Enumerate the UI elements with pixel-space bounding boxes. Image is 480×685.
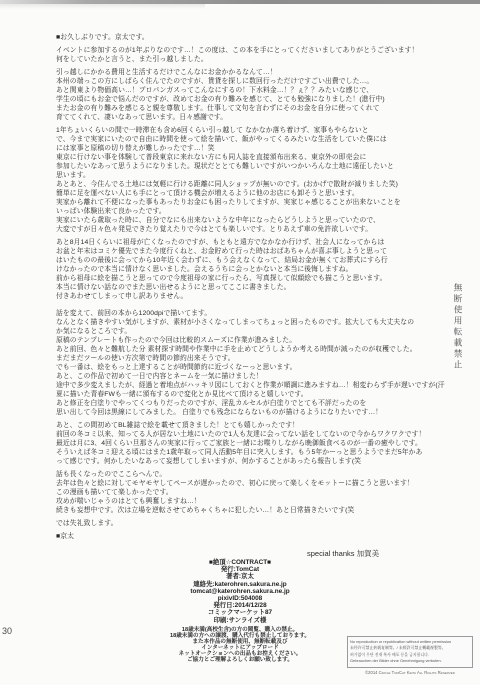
text-line: イベントに参加するのが1年ぶりなのです…！この度は、この本を手にとってくださいま…	[56, 46, 448, 55]
text-line: 1年ちょいくらいの間で一時滞在も含め6回くらい引っ越して なかなか落ち着けず、家…	[56, 126, 448, 135]
text-line: あとあと、今住んでる土地には気軽に行ける距離に同人ショップが無いのです。(おかげ…	[56, 180, 448, 189]
text-line: Gebrauchen der Bilder ohne Genehmigung v…	[350, 658, 470, 664]
text-line: 本州の端っこの方にしばらく住んでたのですが、賃貸を探しに数回行っただけですごい出…	[56, 77, 448, 86]
page-number: 30	[2, 626, 12, 636]
text-line: あと、この作品で初めて一日で内容とネームを一気に描けました！	[56, 372, 448, 381]
text-line: 最近は月に3、4回くらい旦那さんの実家に行ってご家族と一緒にお喋りしながら晩御飯…	[56, 439, 448, 448]
text-line: またお金の有り難みを感じると親を尊敬します。仕事して文句を言わずにそのお金を自分…	[56, 104, 448, 113]
text-line: あと修正を白塗りでやってくつもりだったのですが、淫乱カルセルが白塗りでとても不評…	[56, 399, 448, 408]
text-line: 本当に情けない話なのでまた思い出せるようにと思ってここに書きました。	[56, 283, 448, 292]
text-line: ■京太	[56, 532, 448, 541]
text-line: あと、この間初めてBL雑誌で絵を載せて頂きました！とても嬉しかったです！	[56, 421, 448, 430]
text-line: ■お久しぶりです。京太です。	[56, 33, 448, 42]
text-line: この漫画も描いてて楽しかったです。	[56, 488, 448, 497]
text-line: か気になるところです。	[56, 327, 448, 336]
text-line: 実家から離れて不便になった事もあったりお金にも困ったりしてますが、実家じゃ感じる…	[56, 198, 448, 207]
text-line: 途中で多少変えましたが、経過と着地点がハッキリ図にしておくと作業が順調に進みます…	[56, 381, 448, 390]
text-line: いっぱい体験出来て良かったです。	[56, 207, 448, 216]
text-line: コミックマーケット87	[0, 609, 480, 616]
text-line: 前から祖母に絵を描こうと思ってので今度祖母の家に行ったら、写真探して似顔絵でも描…	[56, 274, 448, 283]
text-line: 話を変えて、前回の本から1200dpiで描いてます。	[56, 309, 448, 318]
text-line: あと前回、色々と難航した分 素材探す時間や作業中に手を止めてどうしようか考える時…	[56, 345, 448, 354]
text-line: はいたものの最後に会ってから10年近く会わずに、もう会えなくなって、結局お金が無…	[56, 256, 448, 265]
special-thanks-credit: special thanks 加賀美	[307, 548, 379, 559]
text-line: 印刷:サンライズ様	[0, 617, 480, 624]
text-line: 簡単に足を運べない人にも手にとって頂ける機会が増えるように他のお店にも卸そうと思…	[56, 189, 448, 198]
vertical-no-reproduction-notice: 無断使用転載禁止	[452, 283, 464, 371]
scan-edge-artifact-left	[0, 4, 205, 9]
text-line: 参加したいなあって思うようになりました。現状だととても難しいですがいつかいろんな…	[56, 162, 448, 171]
text-line: 攻めが喘いじゃうのはとても興奮しますね…！	[56, 497, 448, 506]
text-line: では失礼致します。	[56, 519, 448, 528]
text-line: 続きも妄想中です。次は立場を逆転させてめちゃくちゃに犯したい…！あと日常描きたい…	[56, 506, 448, 515]
text-line: 話も長くなったのでここらへんで。	[56, 470, 448, 479]
text-line: 東京に行けない事を体験して普段東京に来れない方にも同人誌を直接頒布出来る、東京外…	[56, 153, 448, 162]
text-line: けなかったので本当に情けなく思いました。会えるうちに会っとかないと本当に後悔しま…	[56, 265, 448, 274]
text-line: 著者:京太	[0, 573, 480, 580]
text-line: 付きあわせてしまって申し訳ありません。	[56, 292, 448, 301]
text-line: 学生の頃にもお金で悩んだのですが、改めてお金の有り難みを感じて、とても勉強になり…	[56, 95, 448, 104]
text-line: 何をしていたかと言うと、また引っ越しました。	[56, 55, 448, 64]
copyright-line: ©2014 Circle TomCat Keita All Rights Res…	[345, 670, 475, 675]
text-line: あと8月14日くらいに祖母が亡くなったのですが、もともと遠方でなかなか行けず、社…	[56, 238, 448, 247]
text-line: 思います。	[56, 171, 448, 180]
text-line: 思い出して今回は黒線にしてみました。 白塗りでも残念にならないものが描けるように…	[56, 408, 448, 417]
text-line: 去年は色々と絵に対してモヤモヤしてペースが遅かったので、初心に戻って楽しくをモッ…	[56, 479, 448, 488]
text-line: まだまだツールの使い方次第で時間の節約出来そうです。	[56, 354, 448, 363]
text-line: お盆と年末はコミケ優先でまた今度行くねと、お金貯めて行った時はおばあちゃんが喜ぶ…	[56, 247, 448, 256]
text-line: なんとなく描きやすい気がしますが、素材が小さくなってしまってちょっと困ったもので…	[56, 318, 448, 327]
text-line: 原稿のテンプレートも作ったので今回は比較的スムーズに作業が進みました。	[56, 336, 448, 345]
afterword-text-block: ■お久しぶりです。京太です。イベントに参加するのが1年ぶりなのです…！この度は、…	[56, 33, 448, 541]
text-line: 実家にいたら歳取った時に、自分でなにも出来ないような中年になったらどうしようと思…	[56, 216, 448, 225]
text-line: tomcat@katerohren.sakura.ne.jp	[0, 588, 480, 595]
text-line: には家事と原稿の切り替えが難しかったです…！笑	[56, 144, 448, 153]
text-line: 育ててくれて、凄いなあって思います。日々感謝です。	[56, 113, 448, 122]
text-line: って感じです。何かしたいなあって妄想してしまいますが、何かすることがあったら報告…	[56, 457, 448, 466]
multilingual-rights-box: No reproduction or republication without…	[347, 636, 473, 668]
text-line: 夏に描いた青春FWも一緒に頒布するので変化とか見比べて頂けると嬉しいです。	[56, 390, 448, 399]
text-line: 前回の冬コミ以来、知ってる人が居ない土地にいたので1人も友達に会ってない話をして…	[56, 430, 448, 439]
text-line: 引っ越しにかかる費用と生活するだけでこんなにお金かかるなんて…！	[56, 68, 448, 77]
text-line: そういえば冬コミ迎える頃にはまた1歳年取って同人活動5年目に突入します。もう5年…	[56, 448, 448, 457]
text-line: 大変ですが日々色々発見できたり覚えたりで今はとても楽しいです。とりあえず車の免許…	[56, 225, 448, 234]
text-line: でも一番は、絵をもっと上達することが時間節約に近づくなーっと思います。	[56, 363, 448, 372]
text-line: 連絡先:katerohren.sakura.ne.jp	[0, 581, 480, 588]
text-line: で、今まで実家にいたので自由に時間を使って絵を描いて、飯がやってくるみたいな生活…	[56, 135, 448, 144]
colophon-block: ■絶頂☆CONTRACT■発行:TomCat著者:京太連絡先:katerohre…	[0, 559, 480, 624]
text-line: あと関東より物価高い…！プロパンガスってこんなにするの！下水料金…！？ぇ？？みた…	[56, 86, 448, 95]
